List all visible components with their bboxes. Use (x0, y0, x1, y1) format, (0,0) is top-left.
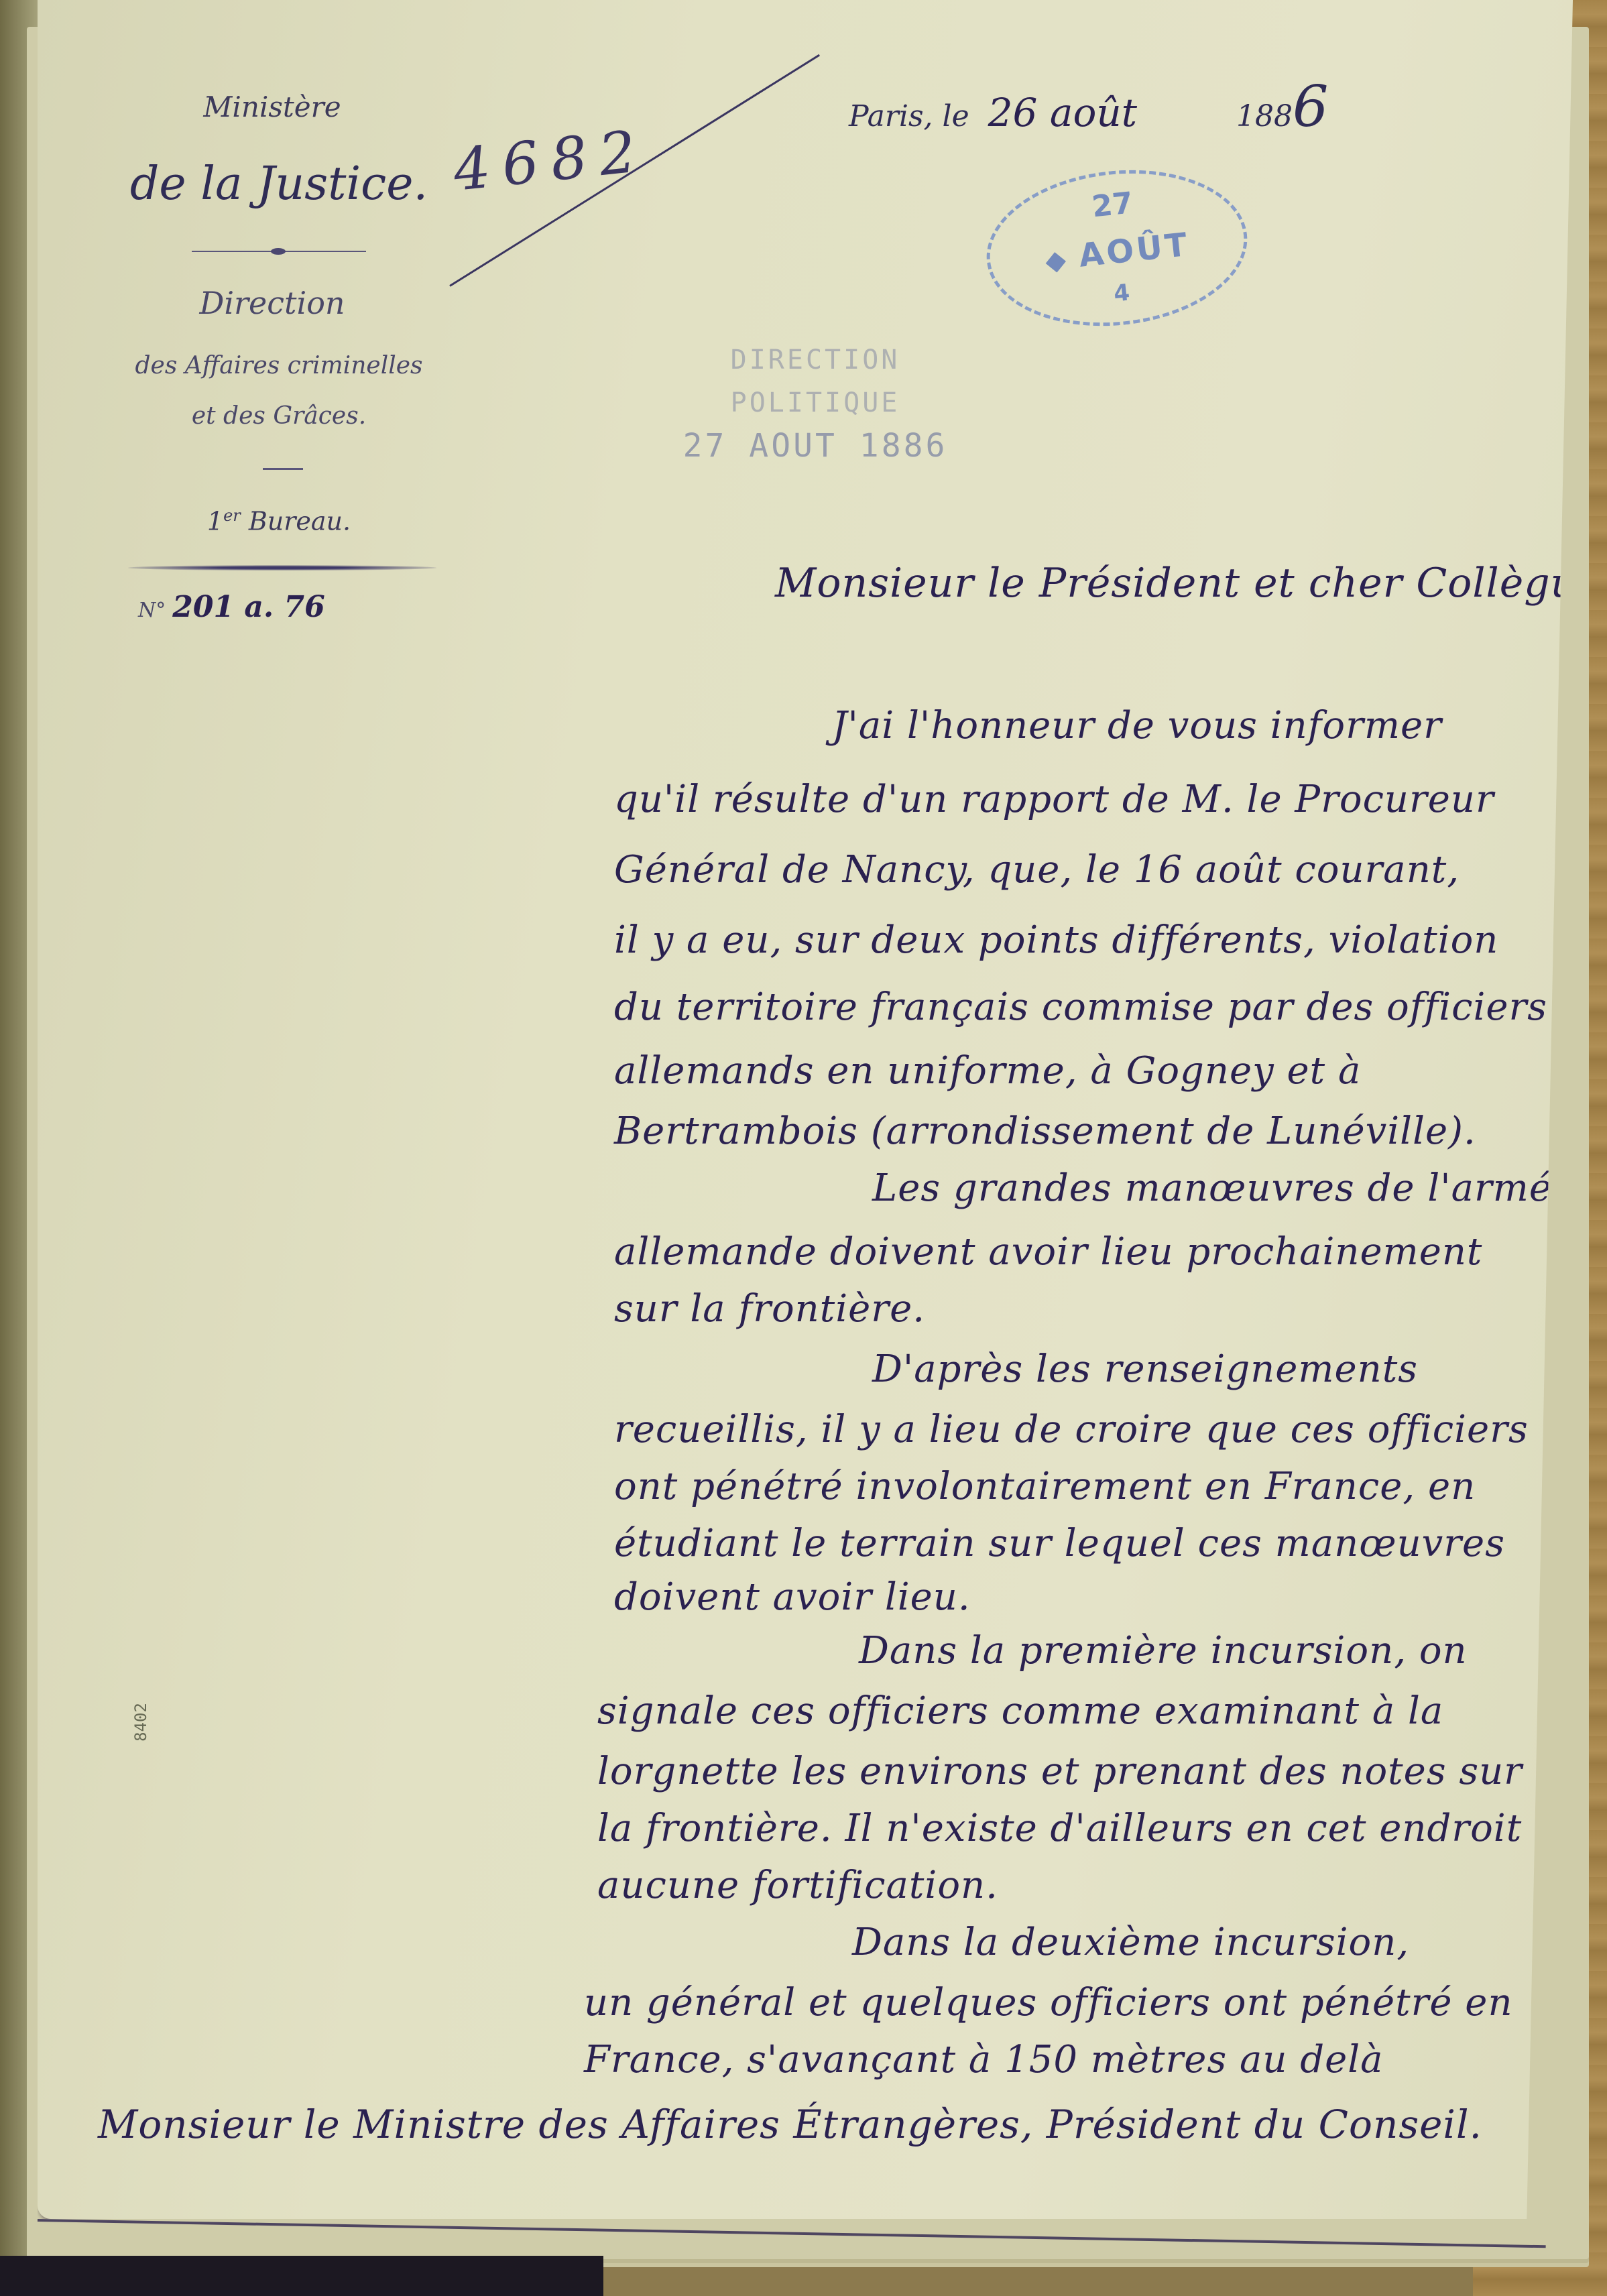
body-line: un général et quelques officiers ont pén… (584, 1981, 1513, 2025)
letterhead-rule (128, 565, 436, 570)
direction-politique-stamp: DIRECTION POLITIQUE 27 AOUT 1886 (681, 339, 949, 467)
bureau-number: 1 (207, 507, 223, 536)
margin-stamp-number: 8402 (131, 1703, 150, 1742)
stamp-line-politique: POLITIQUE (681, 381, 949, 424)
body-line: Dans la deuxième incursion, (852, 1921, 1409, 1964)
date-place: Paris, le (849, 99, 969, 133)
letter-page: Ministère de la Justice. Direction des A… (38, 0, 1573, 2219)
body-line: qu'il résulte d'un rapport de M. le Proc… (614, 778, 1494, 821)
ornament-divider (192, 249, 366, 253)
body-line: allemande doivent avoir lieu prochaineme… (614, 1230, 1482, 1274)
stamp-line-direction: DIRECTION (681, 339, 949, 381)
body-line: recueillis, il y a lieu de croire que ce… (614, 1408, 1529, 1451)
short-divider (263, 468, 303, 470)
body-line: allemands en uniforme, à Gogney et à (614, 1049, 1361, 1093)
file-number: N°201 a. 76 (138, 590, 420, 624)
date-year-handwritten: 6 (1293, 74, 1328, 139)
handwritten-reference-number: 4682 (451, 117, 652, 204)
body-line: sur la frontière. (614, 1287, 925, 1331)
body-line: étudiant le terrain sur lequel ces manœu… (614, 1522, 1505, 1565)
dark-binder-edge (0, 2256, 603, 2296)
body-line: France, s'avançant à 150 mètres au delà (584, 2038, 1384, 2081)
date-year-printed: 188 (1236, 99, 1293, 133)
body-line: ont pénétré involontairement en France, … (614, 1465, 1476, 1508)
date-day-month: 26 août (988, 90, 1137, 135)
body-line: du territoire français commise par des o… (614, 985, 1547, 1029)
bureau-superscript: er (223, 506, 241, 525)
body-line: J'ai l'honneur de vous informer (832, 704, 1442, 747)
addressee-line: Monsieur le Ministre des Affaires Étrang… (98, 2102, 1482, 2147)
body-line: Les grandes manœuvres de l'armée (872, 1166, 1575, 1210)
body-line: aucune fortification. (597, 1864, 998, 1907)
letterhead-graces: et des Grâces. (158, 402, 400, 430)
body-line: Bertrambois (arrondissement de Lunéville… (614, 1109, 1476, 1153)
bureau-label: Bureau. (249, 507, 351, 536)
body-line: la frontière. Il n'existe d'ailleurs en … (597, 1807, 1522, 1850)
letterhead-bureau: 1er Bureau. (158, 506, 400, 536)
body-line: signale ces officiers comme examinant à … (597, 1689, 1443, 1733)
letterhead-affaires-criminelles: des Affaires criminelles (118, 352, 440, 379)
salutation: Monsieur le Président et cher Collègue, (775, 560, 1607, 607)
date-year: 1886 (1236, 99, 1328, 133)
file-number-prefix: N° (138, 599, 166, 622)
letterhead-ministere: Ministère (152, 90, 393, 123)
body-line: Dans la première incursion, on (859, 1629, 1468, 1673)
letterhead-justice: de la Justice. (125, 158, 433, 210)
body-line: Général de Nancy, que, le 16 août couran… (614, 848, 1460, 892)
stamp-line-date: 27 AOUT 1886 (681, 424, 949, 467)
date-line: Paris, le 26 août 1886 (849, 74, 1328, 139)
body-line: D'après les renseignements (872, 1347, 1418, 1391)
body-line: doivent avoir lieu. (614, 1575, 971, 1619)
body-line: il y a eu, sur deux points différents, v… (614, 918, 1498, 962)
letterhead-direction: Direction (172, 285, 373, 321)
body-line: lorgnette les environs et prenant des no… (597, 1750, 1523, 1793)
oval-date-stamp: 27 AOÛT 4 (979, 158, 1255, 339)
file-number-value: 201 a. 76 (172, 590, 325, 624)
